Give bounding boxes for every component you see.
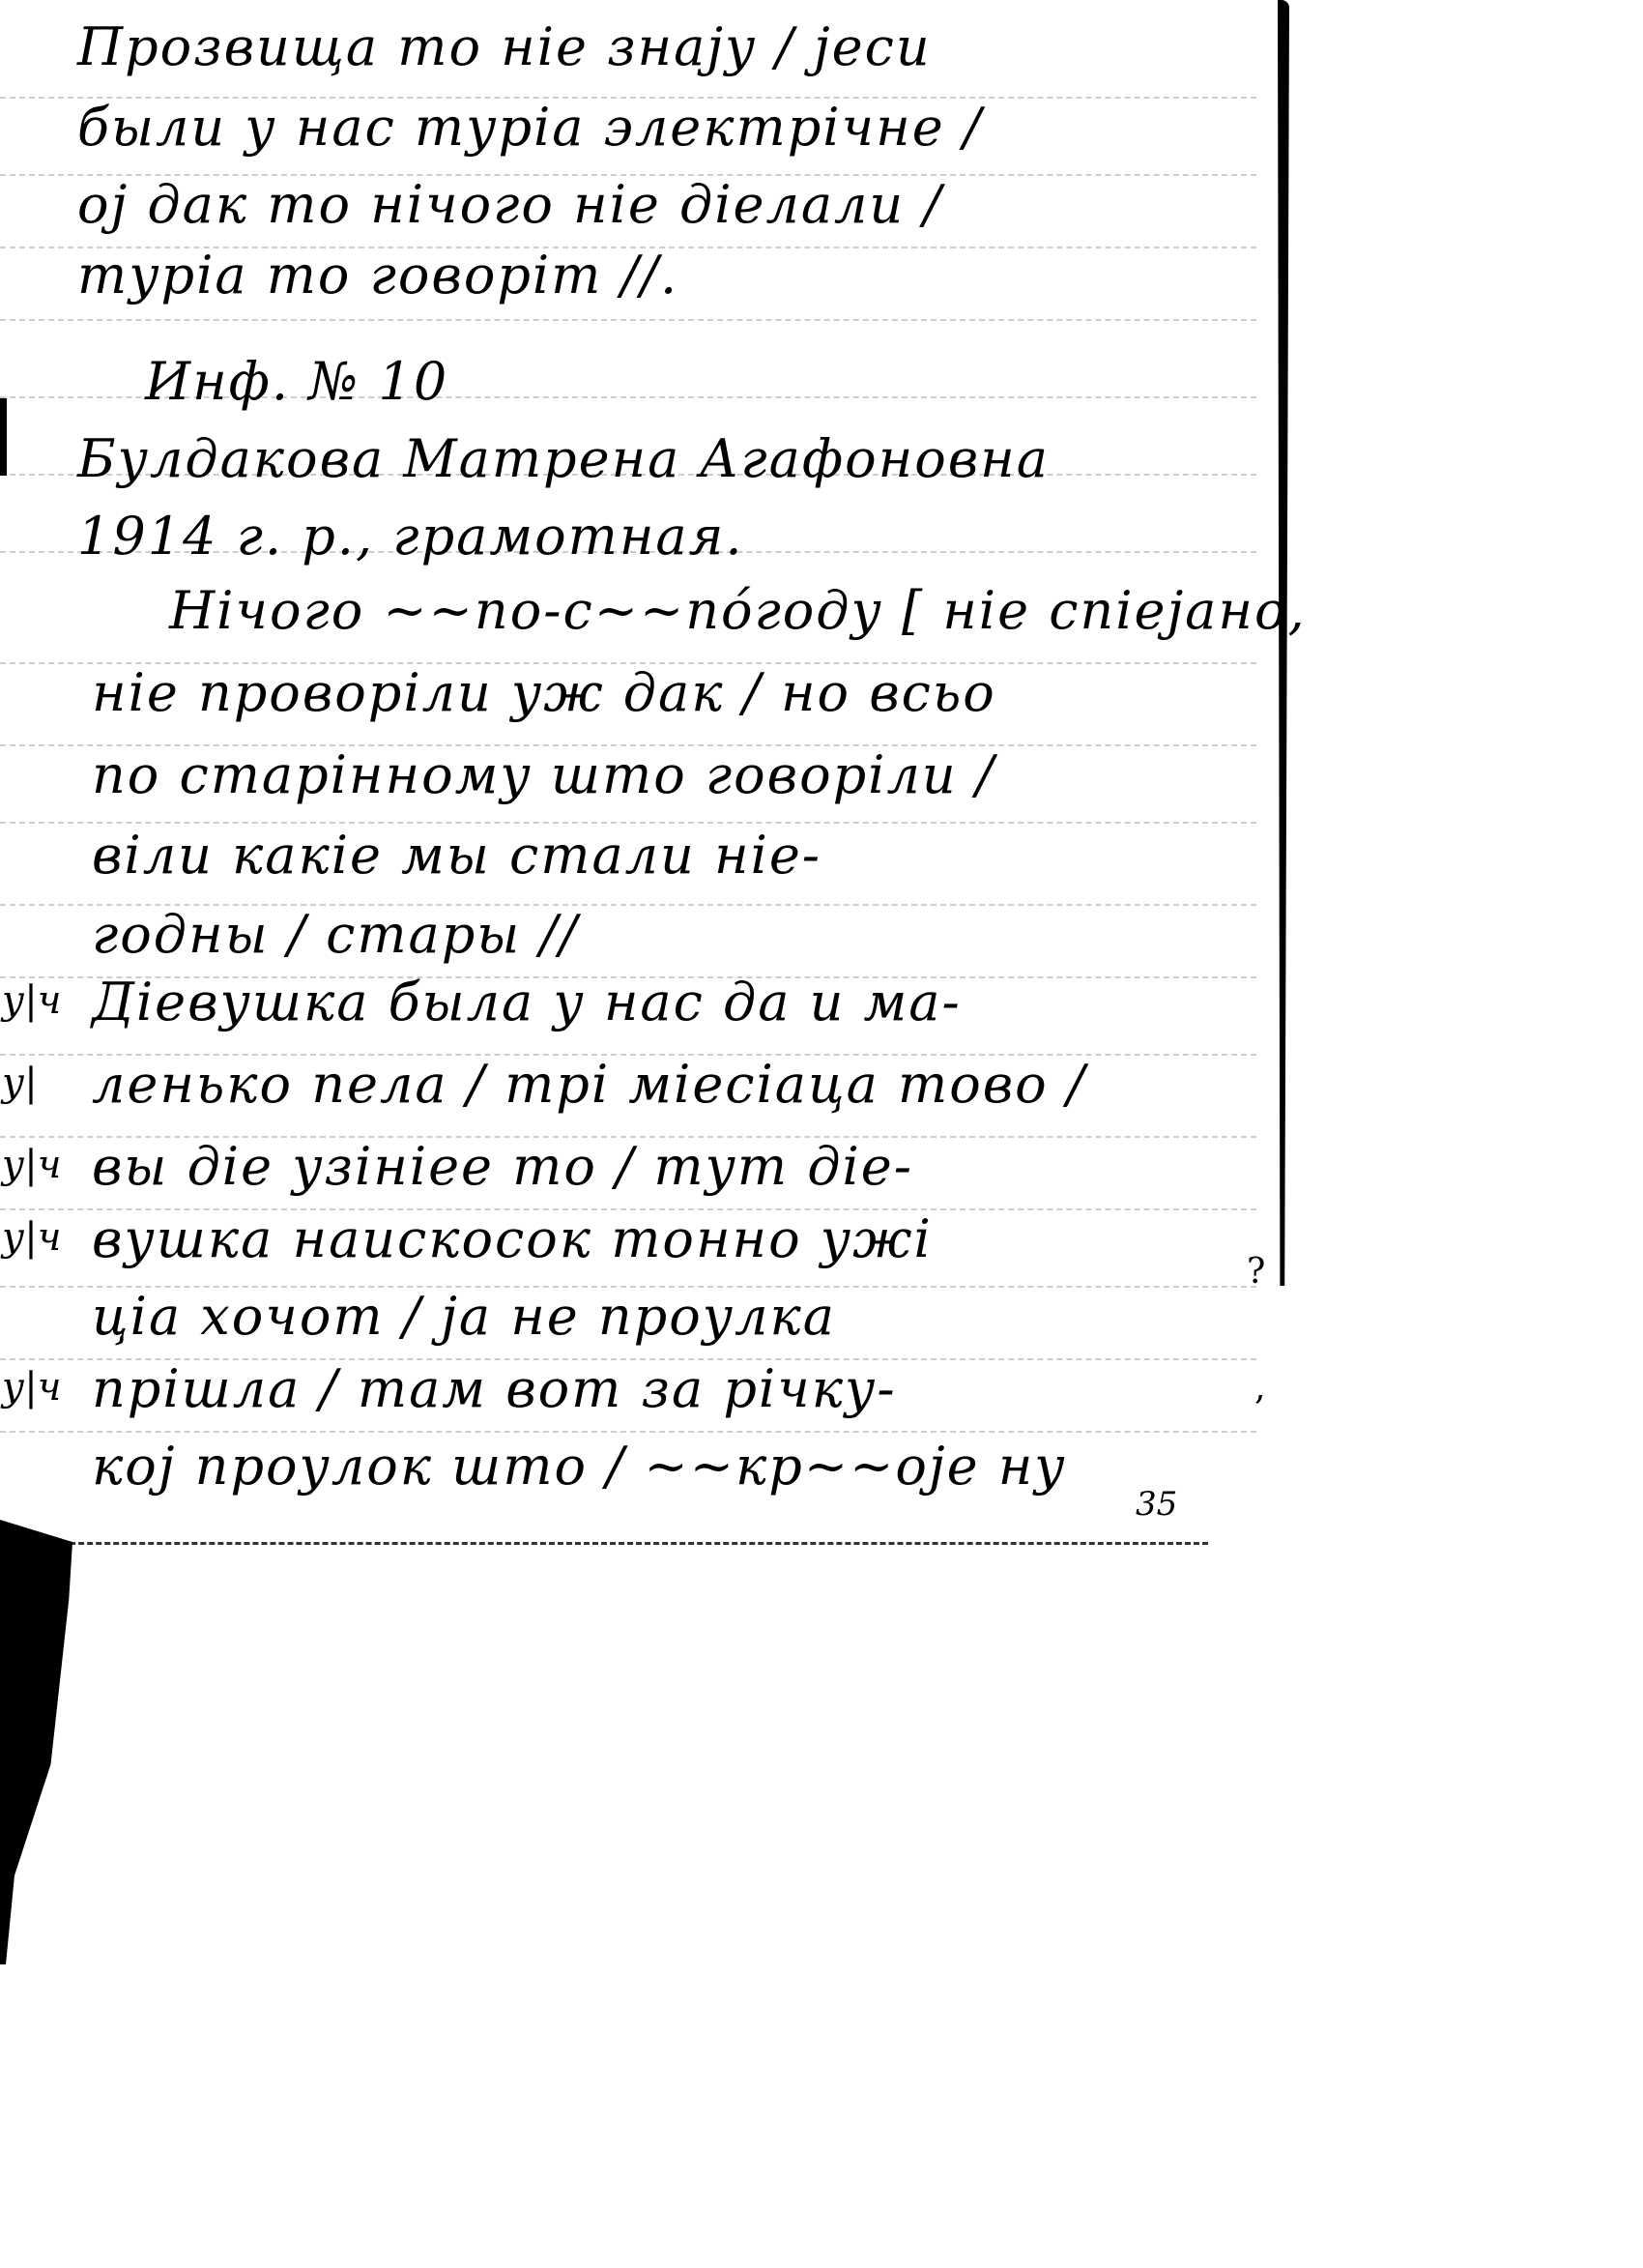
margin-annotation: у|ч (2, 1218, 62, 1257)
text-line: ленько пела / трi мiесiаца тово / (92, 1059, 1086, 1111)
margin-annotation: у|ч (2, 981, 62, 1020)
text-line: нiе проворiли уж дак / но всьо (92, 667, 996, 719)
ruled-line (0, 822, 1256, 824)
informant-birth-literacy: 1914 г. р., грамотная. (77, 510, 744, 563)
text-line: годны / стары // (92, 909, 579, 961)
text-line: цiа хочот / jа не проулка (92, 1291, 836, 1343)
text-line: по старiнному што говорiли / (92, 749, 995, 801)
margin-bracket (0, 398, 7, 476)
text-line: вушка наискосок тонно ужi (92, 1213, 933, 1265)
informant-header: Инф. № 10 (145, 356, 448, 408)
margin-annotation: у|ч (2, 1368, 62, 1407)
ruled-line (0, 319, 1256, 321)
margin-annotation: у| (2, 1063, 38, 1102)
notebook-page: Прозвища то нiе знаjу / jеси были у нас … (0, 0, 1643, 2268)
text-line: вы дiе узiнiее то / тут дiе- (92, 1141, 913, 1193)
margin-annotation: у|ч (2, 1146, 62, 1184)
ruled-line (0, 1431, 1256, 1433)
text-line: прiшла / там вот за рiчку- (92, 1363, 897, 1415)
text-line: Дiевушка была у нас да и ма- (92, 976, 962, 1029)
text-line: турiа то говорiт //. (77, 249, 678, 302)
comma-mark: , (1254, 1368, 1265, 1408)
text-line: оj дак то нiчого нiе дiелали / (77, 179, 943, 231)
page-bottom-edge (0, 1542, 1208, 1545)
text-line: Нiчого ~~по-с~~по́году [ нiе спiеjано, (169, 585, 1307, 637)
text-line: коj проулок што / ~~кр~~оjе ну (92, 1440, 1067, 1493)
question-mark: ? (1247, 1252, 1265, 1292)
page-number: 35 (1136, 1485, 1177, 1524)
page-binding-edge (1278, 0, 1289, 1286)
text-line: были у нас турiа электрiчне / (77, 102, 983, 154)
informant-name: Булдакова Матрена Агафоновна (77, 433, 1050, 485)
text-line: Прозвища то нiе знаjу / jеси (77, 21, 932, 73)
text-line: вiли какiе мы стали нiе- (92, 829, 821, 882)
scan-shadow-blot (0, 1520, 72, 1964)
